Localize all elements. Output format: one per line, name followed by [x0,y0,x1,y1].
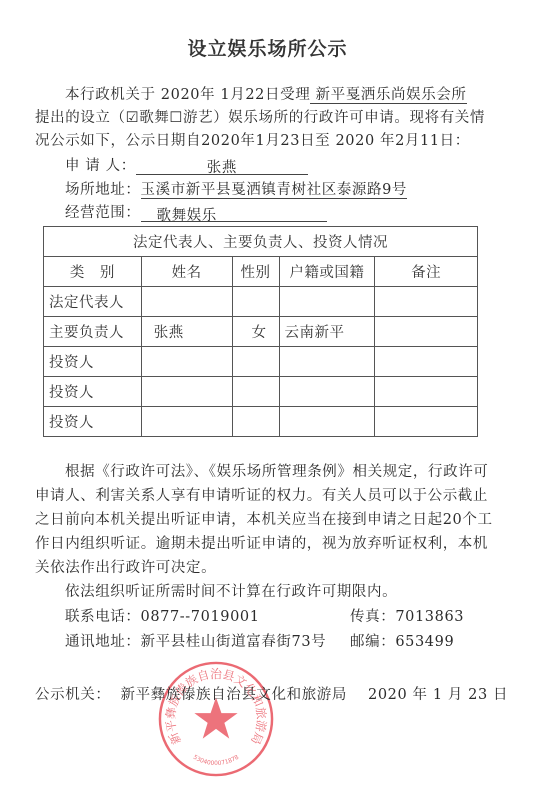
header-gender: 性别 [232,257,279,287]
cell-name [141,407,232,437]
official-seal-icon: 新平彝族傣族自治县文化和旅游局 5304000071878 [157,660,275,778]
cell-residence [279,377,375,407]
intro-line-3: 况公示如下，公示日期自2020年1月23日至 2020 年2月11日： [35,132,470,150]
cell-remarks [375,407,478,437]
intro-line-1: 本行政机关于 2020年 1月22日受理 新平戛洒乐尚娱乐会所 [65,86,467,104]
table-caption: 法定代表人、主要负责人、投资人情况 [44,227,478,257]
cell-remarks [375,347,478,377]
phone-label: 联系电话： [65,609,141,625]
field-label: 场所地址： [65,182,141,198]
cell-gender [232,377,279,407]
contact-address: 通讯地址：新平县桂山街道富春街73号 [65,633,326,651]
cell-remarks [375,287,478,317]
cell-remarks [375,317,478,347]
notice-extra: 依法组织听证所需时间不计算在行政许可期限内。 [65,583,397,601]
postcode-label: 邮编： [350,634,395,650]
field-value: 歌舞娱乐 [157,208,217,224]
fax-value: 7013863 [395,609,464,625]
notice-line-1: 根据《行政许可法》、《娱乐场所管理条例》相关规定，行政许可 [65,463,488,481]
field-label: 申 请 人： [65,158,136,174]
field-value-underline: 歌舞娱乐 [141,207,327,222]
notice-line-5: 关依法作出行政许可决定。 [35,559,216,577]
field-value-underline: 张燕 [136,159,308,175]
header-residence: 户籍或国籍 [279,257,375,287]
cell-gender: 女 [232,317,279,347]
notice-line-2: 申请人、利害关系人享有申请听证的权力。有关人员可以于公示截止 [35,487,488,505]
table-row: 法定代表人 [44,287,478,317]
contact-phone: 联系电话：0877--7019001 [65,608,260,626]
footer-agency: 公示机关：新平彝族傣族自治县文化和旅游局 [35,686,347,704]
agency-label: 公示机关： [35,687,111,703]
notice-line-4: 作日内组织听证。逾期未提出听证申请的，视为放弃听证权利，本机 [35,535,488,553]
personnel-table: 法定代表人、主要负责人、投资人情况 类 别 姓名 性别 户籍或国籍 备注 法定代… [43,226,478,437]
cell-remarks [375,377,478,407]
table-row: 投资人 [44,377,478,407]
cell-gender [232,287,279,317]
cell-residence: 云南新平 [279,317,375,347]
agency-name: 新平彝族傣族自治县文化和旅游局 [121,687,348,703]
cell-residence [279,347,375,377]
cell-category: 投资人 [44,347,142,377]
cell-residence [279,287,375,317]
cell-name [141,377,232,407]
table-row: 投资人 [44,407,478,437]
intro-line-2: 提出的设立（☑歌舞☐游艺）娱乐场所的行政许可申请。现将有关情 [35,109,485,127]
cell-gender [232,407,279,437]
cell-name: 张燕 [141,317,232,347]
applicant-org: 新平戛洒乐尚娱乐会所 [310,87,466,104]
fax-label: 传真： [350,609,395,625]
phone-value: 0877--7019001 [141,609,260,625]
field-label: 经营范围： [65,205,141,221]
header-name: 姓名 [141,257,232,287]
intro-prefix: 本行政机关于 2020年 1月22日受理 [65,87,310,103]
field-value: 张燕 [207,160,237,176]
postcode-value: 653499 [395,634,454,650]
address-label: 通讯地址： [65,634,141,650]
field-address: 场所地址：玉溪市新平县戛洒镇青树社区泰源路9号 [65,181,407,199]
field-applicant: 申 请 人：张燕 [65,157,308,175]
footer-date: 2020 年 1 月 23 日 [368,686,508,704]
cell-gender [232,347,279,377]
field-scope: 经营范围：歌舞娱乐 [65,204,327,222]
table-row: 主要负责人 张燕 女 云南新平 [44,317,478,347]
seal-code: 5304000071878 [192,754,240,767]
cell-name [141,287,232,317]
header-remarks: 备注 [375,257,478,287]
cell-residence [279,407,375,437]
address-value: 新平县桂山街道富春街73号 [141,634,327,650]
cell-category: 投资人 [44,377,142,407]
header-category: 类 别 [44,257,142,287]
contact-postcode: 邮编：653499 [350,633,454,651]
table-row: 投资人 [44,347,478,377]
cell-category: 主要负责人 [44,317,142,347]
notice-line-3: 之日前向本机关提出听证申请，本机关应当在接到申请之日起20个工 [35,511,493,529]
field-value: 玉溪市新平县戛洒镇青树社区泰源路9号 [141,182,408,199]
cell-category: 法定代表人 [44,287,142,317]
cell-name [141,347,232,377]
table-header-row: 类 别 姓名 性别 户籍或国籍 备注 [44,257,478,287]
page-title: 设立娱乐场所公示 [0,34,535,61]
svg-text:5304000071878: 5304000071878 [192,754,240,767]
cell-category: 投资人 [44,407,142,437]
table-caption-row: 法定代表人、主要负责人、投资人情况 [44,227,478,257]
contact-fax: 传真：7013863 [350,608,464,626]
